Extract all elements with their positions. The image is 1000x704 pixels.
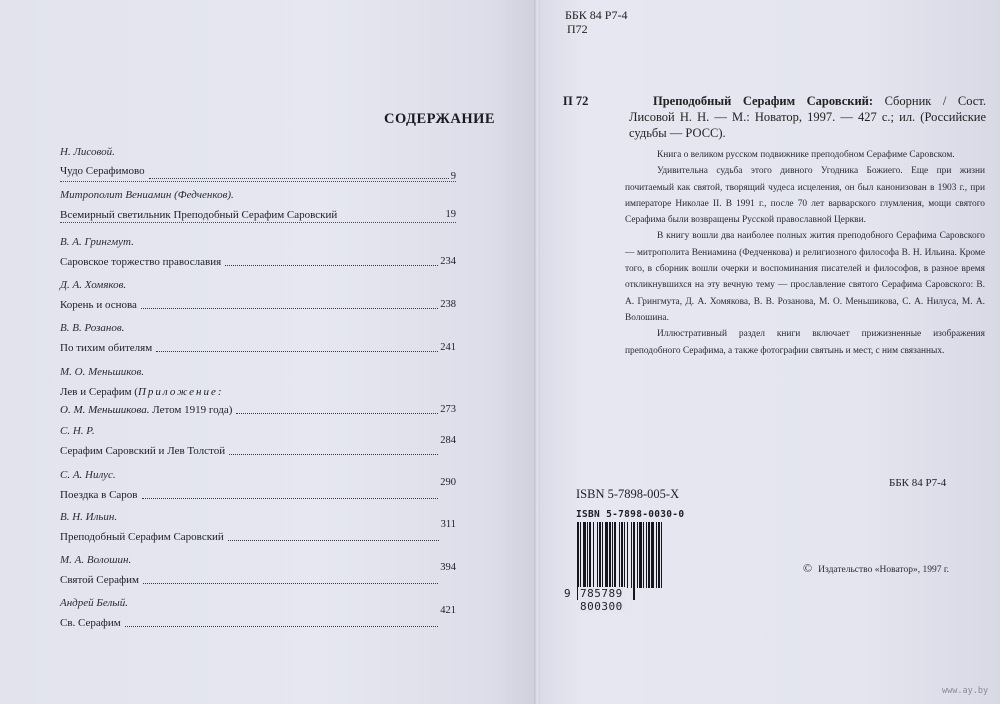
book-annotation: Книга о великом русском подвижнике препо… <box>625 147 985 359</box>
annotation-paragraph: Книга о великом русском подвижнике препо… <box>625 147 985 163</box>
toc-entry[interactable]: В. А. Грингмут. Саровское торжество прав… <box>60 235 456 269</box>
toc-page-number: 238 <box>440 298 456 312</box>
toc-author: Н. Лисовой. <box>60 145 456 159</box>
author-index-code: П 72 <box>563 94 588 109</box>
toc-entry[interactable]: Андрей Белый. Св. Серафим 421 <box>60 596 456 630</box>
isbn-primary: ISBN 5-7898-005-X <box>576 487 679 502</box>
toc-entry[interactable]: В. В. Розанов. По тихим обителям 241 <box>60 321 456 355</box>
bbk-bottom: ББК 84 Р7-4 <box>889 477 946 489</box>
toc-page-number: 394 <box>440 561 456 575</box>
toc-title: Всемирный светильник Преподобный Серафим… <box>60 208 337 222</box>
toc-entry[interactable]: В. Н. Ильин. Преподобный Серафим Саровск… <box>60 510 456 544</box>
toc-title: Святой Серафим <box>60 573 139 587</box>
toc-title: Преподобный Серафим Саровский <box>60 530 224 544</box>
toc-author: М. А. Волошин. <box>60 553 456 567</box>
toc-entry[interactable]: С. Н. Р. Серафим Саровский и Лев Толстой… <box>60 424 456 458</box>
toc-author: В. А. Грингмут. <box>60 235 456 249</box>
left-page-contents: СОДЕРЖАНИЕ Н. Лисовой. Чудо Серафимово 9… <box>0 0 536 704</box>
isbn-barcode-label: ISBN 5-7898-0030-0 <box>576 509 684 520</box>
toc-title: Св. Серафим <box>60 616 121 630</box>
toc-page-number: 241 <box>440 341 456 355</box>
toc-page-number: 234 <box>440 255 456 269</box>
toc-author: Д. А. Хомяков. <box>60 278 456 292</box>
toc-author: Андрей Белый. <box>60 596 456 610</box>
annotation-paragraph: Удивительна судьба этого дивного Угодник… <box>625 163 985 228</box>
copyright-icon: © <box>803 561 812 575</box>
toc-page-number: 284 <box>440 434 456 448</box>
toc-entry[interactable]: М. О. Меньшиков. Лев и Серафим (Приложен… <box>60 365 456 417</box>
bbk-classification: ББК 84 Р7-4 П72 <box>565 8 627 36</box>
toc-page-number: 311 <box>441 518 456 532</box>
toc-author: В. Н. Ильин. <box>60 510 456 524</box>
toc-title: Серафим Саровский и Лев Толстой <box>60 444 225 458</box>
annotation-paragraph: В книгу вошли два наиболее полных жития … <box>625 228 985 326</box>
toc-author: С. А. Нилус. <box>60 468 456 482</box>
copyright-notice: ©Издательство «Новатор», 1997 г. <box>803 561 949 576</box>
toc-entry[interactable]: М. А. Волошин. Святой Серафим 394 <box>60 553 456 587</box>
divider <box>60 222 456 223</box>
toc-page-number: 19 <box>446 208 457 222</box>
toc-author: Митрополит Вениамин (Федченков). <box>60 188 456 202</box>
toc-title: Корень и основа <box>60 298 137 312</box>
divider <box>60 181 456 182</box>
annotation-paragraph: Иллюстративный раздел книги включает при… <box>625 326 985 359</box>
toc-entry[interactable]: Д. А. Хомяков. Корень и основа 238 <box>60 278 456 312</box>
toc-title-line2: О. М. Меньшикова. Летом 1919 года) <box>60 403 232 417</box>
toc-title: Саровское торжество православия <box>60 255 221 269</box>
toc-author: В. В. Розанов. <box>60 321 456 335</box>
toc-entry[interactable]: Н. Лисовой. Чудо Серафимово 9 <box>60 145 456 178</box>
toc-title: Чудо Серафимово <box>60 164 145 178</box>
toc-title-line1: Лев и Серафим (Приложение: <box>60 385 224 399</box>
toc-title: Поездка в Саров <box>60 488 138 502</box>
toc-page-number: 273 <box>440 403 456 417</box>
toc-entry[interactable]: С. А. Нилус. Поездка в Саров 290 <box>60 468 456 502</box>
book-gutter <box>534 0 540 704</box>
toc-entry[interactable]: Митрополит Вениамин (Федченков). Всемирн… <box>60 188 456 222</box>
watermark: www.ay.by <box>942 686 988 696</box>
toc-title: По тихим обителям <box>60 341 152 355</box>
toc-heading: СОДЕРЖАНИЕ <box>384 111 495 128</box>
bibliographic-record: Преподобный Серафим Саровский: Сборник /… <box>629 93 986 141</box>
toc-author: М. О. Меньшиков. <box>60 365 456 379</box>
toc-author: С. Н. Р. <box>60 424 456 438</box>
toc-page-number: 421 <box>440 604 456 618</box>
toc-page-number: 290 <box>440 476 456 490</box>
